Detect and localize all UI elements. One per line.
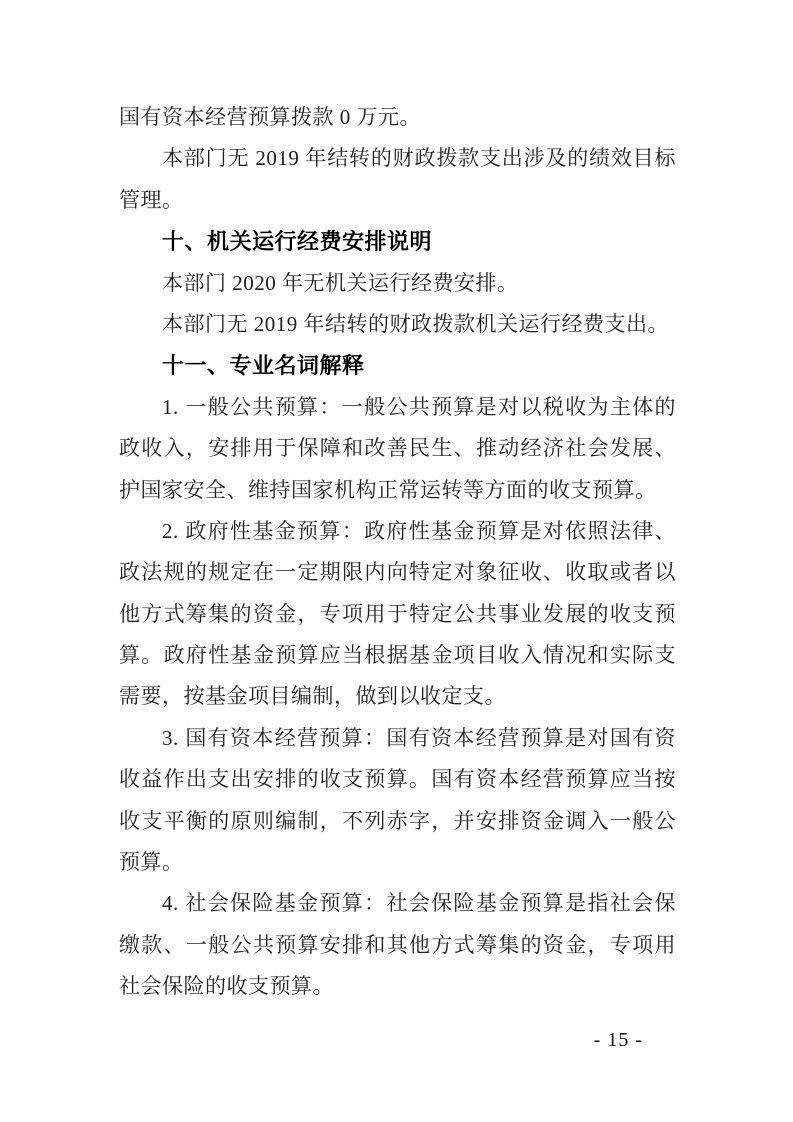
text-line: 本部门 2020 年无机关运行经费安排。 (119, 263, 676, 304)
section-heading-10: 十、机关运行经费安排说明 (119, 221, 676, 262)
document-page: 国有资本经营预算拨款 0 万元。 本部门无 2019 年结转的财政拨款支出涉及的… (0, 0, 793, 1122)
text-line: 本部门无 2019 年结转的财政拨款支出涉及的绩效目标 (119, 138, 676, 179)
text-line: 预算。 (119, 842, 676, 883)
text-line: 收益作出支出安排的收支预算。国有资本经营预算应当按照 (119, 759, 676, 800)
text-line: 国有资本经营预算拨款 0 万元。 (119, 97, 676, 138)
text-line: 4. 社会保险基金预算：社会保险基金预算是指社会保险 (119, 883, 676, 924)
section-heading-11: 十一、专业名词解释 (119, 345, 676, 386)
page-number: - 15 - (594, 1029, 643, 1051)
text-line: 3. 国有资本经营预算：国有资本经营预算是对国有资本 (119, 718, 676, 759)
text-line: 本部门无 2019 年结转的财政拨款机关运行经费支出。 (119, 304, 676, 345)
text-line: 他方式筹集的资金，专项用于特定公共事业发展的收支预 (119, 594, 676, 635)
text-line: 社会保险的收支预算。 (119, 966, 676, 1007)
text-line: 1. 一般公共预算：一般公共预算是对以税收为主体的财 (119, 387, 676, 428)
text-line: 算。政府性基金预算应当根据基金项目收入情况和实际支出 (119, 635, 676, 676)
text-line: 政收入，安排用于保障和改善民生、推动经济社会发展、维 (119, 428, 676, 469)
text-line: 管理。 (119, 180, 676, 221)
text-line: 政法规的规定在一定期限内向特定对象征收、收取或者以其 (119, 552, 676, 593)
text-line: 缴款、一般公共预算安排和其他方式筹集的资金，专项用于 (119, 925, 676, 966)
text-line: 收支平衡的原则编制，不列赤字，并安排资金调入一般公共 (119, 801, 676, 842)
page-body-text: 国有资本经营预算拨款 0 万元。 本部门无 2019 年结转的财政拨款支出涉及的… (119, 97, 676, 1008)
text-line: 2. 政府性基金预算：政府性基金预算是对依照法律、行 (119, 511, 676, 552)
text-line: 需要，按基金项目编制，做到以收定支。 (119, 676, 676, 717)
text-line: 护国家安全、维持国家机构正常运转等方面的收支预算。 (119, 470, 676, 511)
